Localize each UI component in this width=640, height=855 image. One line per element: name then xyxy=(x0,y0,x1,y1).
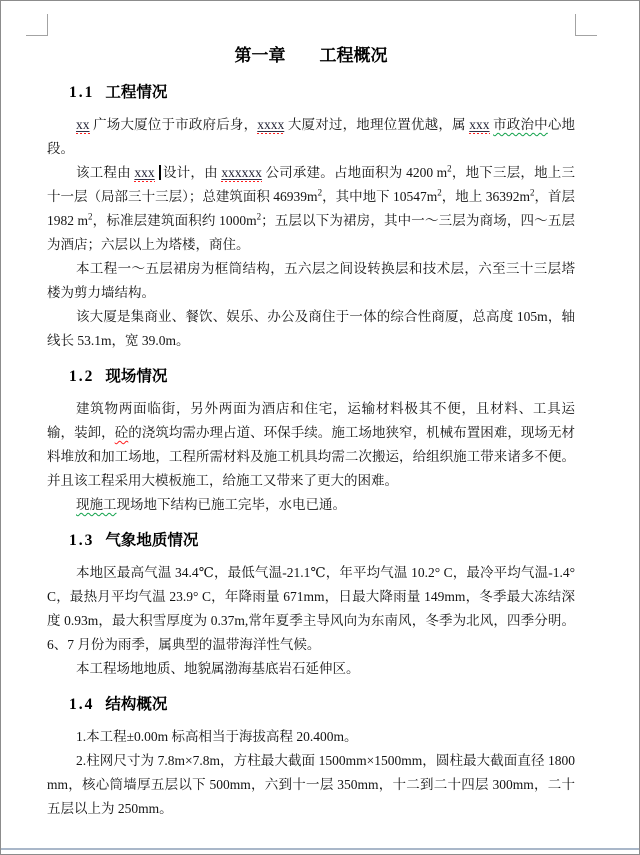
text-run: 该大厦是集商业、餐饮、娱乐、办公及商住于一体的综合性商厦，总高度 105m，轴线… xyxy=(47,309,575,348)
paragraph[interactable]: 本工程场地地质、地貌属渤海基底岩石延伸区。 xyxy=(47,657,575,681)
section-heading-label: 气象地质情况 xyxy=(105,532,198,549)
text-run: 2.柱网尺寸为 7.8m×7.8m，方柱最大截面 1500mm×1500mm，圆… xyxy=(47,753,575,816)
text-run: 广场大厦位于市政府后身， xyxy=(90,117,258,132)
grammar-green-squiggle: 市政治中 xyxy=(493,117,548,132)
window-bottom-rule xyxy=(1,848,639,850)
section-heading-1.2[interactable]: 1.2现场情况 xyxy=(47,367,575,387)
placeholder-text-red-squiggle: xxx xyxy=(134,165,154,182)
text-run: 现场地下结构已施工完毕，水电已通。 xyxy=(117,497,347,512)
text-run: 公司承建。占地面积为 4200 m xyxy=(262,165,447,180)
paragraph[interactable]: 该大厦是集商业、餐饮、娱乐、办公及商住于一体的综合性商厦，总高度 105m，轴线… xyxy=(47,305,575,353)
section-heading-1.1[interactable]: 1.1工程情况 xyxy=(47,83,575,103)
text-run: 大厦对过，地理位置优越，属 xyxy=(284,117,469,132)
section-heading-1.4[interactable]: 1.4结构概况 xyxy=(47,695,575,715)
paragraph[interactable]: 2.柱网尺寸为 7.8m×7.8m，方柱最大截面 1500mm×1500mm，圆… xyxy=(47,749,575,821)
paragraph[interactable]: 建筑物两面临街，另外两面为酒店和住宅，运输材料极其不便，且材料、工具运输，装卸，… xyxy=(47,397,575,493)
text-run: 1.本工程±0.00m 标高相当于海拔高程 20.400m。 xyxy=(76,729,358,744)
text-cursor[interactable] xyxy=(159,165,161,180)
paragraph[interactable]: 1.本工程±0.00m 标高相当于海拔高程 20.400m。 xyxy=(47,725,575,749)
text-boundary-mark-top-left-icon xyxy=(26,14,48,36)
document-blocks: 1.1工程情况xx 广场大厦位于市政府后身，xxxx 大厦对过，地理位置优越，属… xyxy=(47,83,575,821)
section-heading-label: 工程情况 xyxy=(105,84,167,101)
text-run: 设计，由 xyxy=(163,165,222,180)
text-boundary-mark-top-right-icon xyxy=(575,14,597,36)
section-heading-number: 1.2 xyxy=(69,368,94,385)
placeholder-text-red-squiggle: xxxx xyxy=(257,117,284,134)
paragraph[interactable]: 现施工现场地下结构已施工完毕，水电已通。 xyxy=(47,493,575,517)
placeholder-text-red-squiggle: xxx xyxy=(469,117,489,134)
grammar-green-squiggle: 现施工 xyxy=(76,497,117,512)
section-heading-number: 1.3 xyxy=(69,532,94,549)
text-run: 本地区最高气温 34.4℃，最低气温-21.1℃，年平均气温 10.2° C，最… xyxy=(47,565,575,652)
document-content[interactable]: 第一章 工程概况 1.1工程情况xx 广场大厦位于市政府后身，xxxx 大厦对过… xyxy=(47,1,575,821)
text-run: 本工程一～五层裙房为框筒结构，五六层之间设转换层和技术层，六至三十三层塔楼为剪力… xyxy=(47,261,575,300)
text-run: ，标准层建筑面积约 1000m xyxy=(93,213,257,228)
text-run: ，地上 36392m xyxy=(442,189,530,204)
section-heading-label: 现场情况 xyxy=(105,368,167,385)
spellcheck-red-squiggle: 砼 xyxy=(115,425,129,440)
text-run: 该工程由 xyxy=(76,165,134,180)
document-page[interactable]: 第一章 工程概况 1.1工程情况xx 广场大厦位于市政府后身，xxxx 大厦对过… xyxy=(0,0,640,855)
paragraph[interactable]: 本地区最高气温 34.4℃，最低气温-21.1℃，年平均气温 10.2° C，最… xyxy=(47,561,575,657)
section-heading-number: 1.1 xyxy=(69,84,94,101)
placeholder-text-red-squiggle: xxxxxx xyxy=(221,165,262,182)
section-heading-label: 结构概况 xyxy=(105,696,167,713)
text-run xyxy=(155,165,159,180)
chapter-title: 第一章 工程概况 xyxy=(47,43,575,69)
section-heading-number: 1.4 xyxy=(69,696,94,713)
paragraph[interactable]: 该工程由 xxx 设计，由 xxxxxx 公司承建。占地面积为 4200 m2，… xyxy=(47,161,575,257)
placeholder-text-red-squiggle: xx xyxy=(76,117,90,134)
paragraph[interactable]: xx 广场大厦位于市政府后身，xxxx 大厦对过，地理位置优越，属 xxx 市政… xyxy=(47,113,575,161)
text-run: ，其中地下 10547m xyxy=(322,189,437,204)
text-run: 本工程场地地质、地貌属渤海基底岩石延伸区。 xyxy=(76,661,360,676)
paragraph[interactable]: 本工程一～五层裙房为框筒结构，五六层之间设转换层和技术层，六至三十三层塔楼为剪力… xyxy=(47,257,575,305)
section-heading-1.3[interactable]: 1.3气象地质情况 xyxy=(47,531,575,551)
